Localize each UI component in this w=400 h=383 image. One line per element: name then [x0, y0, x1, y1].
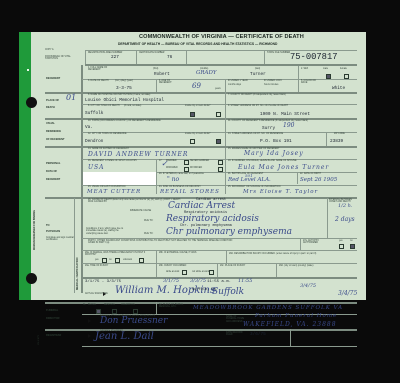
res-inside-limits-yes-checkbox[interactable]: [190, 139, 195, 144]
date-filed: 3/6/75: [250, 333, 266, 337]
interval-b: 2 days: [335, 217, 355, 223]
section-funeral: FUNERAL: [46, 310, 58, 313]
under-1-day-label: IF UNDER 1 DAY: [264, 80, 282, 82]
sign-here-arrow-icon: [88, 319, 91, 323]
binding-dot: [27, 69, 29, 71]
punch-hole-icon: [26, 273, 37, 284]
external-cause-label: 28b. IF EXTERNAL CAUSE, IT WAS: [159, 252, 196, 254]
race-label: 5. COLOR OR RACE: [301, 80, 321, 85]
business-label: 24. KIND OF BUSINESS OR INDUSTRY: [159, 186, 201, 188]
registration-area-value: 227: [111, 56, 119, 60]
citizen-label: 16. DECEDENT CITIZEN OF WHAT COUNTRY: [88, 160, 137, 162]
res-street-label: 13. STREET ADDRESS OR RT. NO. OF RESIDEN…: [228, 133, 283, 135]
while-at-work-checkbox[interactable]: [182, 270, 187, 275]
sign-here-arrow-icon: [88, 334, 91, 338]
cause-b: Respiratory acidosis: [166, 215, 259, 224]
res-city-label: 12. CITY OR TOWN OF RESIDENCE: [88, 133, 127, 135]
burial-label: BURIAL: [88, 304, 96, 306]
date-filed-label: DATE RECORD FILED: [226, 332, 246, 337]
medical-certification-label: MEDICAL CERTIFICATION: [76, 258, 79, 290]
section-personal: PERSONAL: [46, 163, 60, 166]
certificate-number-label: CERTIFICATE NUMBER: [139, 52, 164, 54]
sex-label: 2. SEX: [301, 68, 308, 70]
certificate-subtitle: DEPARTMENT OF HEALTH — BUREAU OF VITAL R…: [118, 43, 277, 46]
section-of-decedent: OF DECEDENT: [46, 139, 65, 142]
birthplace-value: Red Level ALA.: [228, 178, 271, 184]
injury-time-label: 29a. TIME OF INJURY: [85, 265, 108, 267]
under-1-year-sub: months days: [228, 84, 241, 86]
spouse-name: Eula Mae Jones Turner: [238, 165, 329, 171]
citizen-value: USA: [88, 165, 105, 171]
never-married-checkbox[interactable]: [218, 160, 223, 165]
city-of-death-sub: (if rural, so state): [124, 105, 141, 107]
birthplace-code: 501: [245, 174, 253, 178]
res-state: Va.: [85, 126, 93, 130]
section-director: DIRECTOR: [46, 318, 60, 321]
date-of-death-sub: (mo.) (day) (year): [115, 80, 133, 82]
immediate-cause-label: IMMEDIATE CAUSE: [130, 210, 151, 212]
father-name: DAVID ANDREW TURNER: [88, 152, 188, 158]
physician-note: Complete and sign medical certification: [46, 237, 74, 242]
received-date: 3/4/75: [338, 291, 357, 297]
attended-dates: 3/1/75 - 3/3/75: [85, 280, 121, 284]
section-place-of-death: PLACE OF: [46, 100, 59, 103]
state-file-number: 75-007817: [290, 53, 338, 62]
section-decedent-personal: DECEDENT: [46, 179, 60, 182]
cremation-label: CREMATION: [121, 304, 135, 306]
not-while-at-work-checkbox[interactable]: [209, 270, 214, 275]
date-of-death-label: 3. DATE OF DEATH: [88, 80, 112, 82]
interval-a: 1/2 h.: [338, 204, 352, 209]
section-to: TO: [46, 225, 50, 228]
never-married-label: NEVER MARRIED: [190, 160, 209, 162]
physician-city: Suffolk: [212, 288, 244, 297]
not-while-at-work-label: not while at work: [192, 271, 209, 273]
veteran-value: " no: [167, 177, 179, 183]
spouse-label: 18. IF MARRIED, DIVORCED, LEAVE BLANK NA…: [228, 160, 297, 162]
inside-limits-no-checkbox[interactable]: [216, 112, 221, 117]
dob-label: 22. DATE OF BIRTH: [300, 173, 321, 175]
father-label: 14. NAME OF FATHER OF DECEDENT: [88, 148, 129, 150]
informant-value: Mrs Eloise T. Taylor: [243, 190, 318, 196]
section-data-of: DATA OF: [46, 171, 57, 174]
age-unit: years: [215, 88, 221, 90]
actual-signature-label: ACTUAL SIGNATURE: [85, 293, 108, 295]
director-signature[interactable]: Don Pruessner: [100, 317, 167, 326]
occupation-label: 23. USUAL OR LAST OCCUPATION: [88, 186, 125, 188]
res-zip: 23839: [330, 140, 343, 144]
res-inside-limits-no-checkbox[interactable]: [216, 139, 221, 144]
copy-label: COPY A: [45, 49, 54, 51]
business-value: RETAIL STORES: [160, 190, 220, 196]
first-name: Robert: [154, 73, 170, 77]
punch-hole-icon: [26, 97, 37, 108]
registration-area-label: REGISTRATION AREA NUMBER: [88, 52, 122, 54]
res-county-label: 11. COUNTY OF DECEDENT'S RESIDENCE (if i…: [228, 120, 308, 122]
res-city: Dendron: [85, 140, 103, 144]
section-physician: PHYSICIAN: [46, 231, 60, 234]
divorced-label: DIVORCED: [190, 167, 202, 169]
certificate-number-value: 76: [167, 56, 172, 60]
age-value: 69: [192, 83, 201, 90]
street-of-death-label: 9. STREET ADDRESS OR RT. NO. OF PLACE OF…: [228, 105, 288, 107]
res-state-label: 10. STATE (OR FOREIGN COUNTRY) OF DECEDE…: [88, 120, 161, 122]
cause-a: Cardiac Arrest: [168, 202, 235, 211]
under-1-day-sub: hours minutes: [264, 84, 278, 86]
death-date-cert: 3/3/75: [190, 279, 206, 284]
pregnancy-unknown-label: unknown: [123, 259, 132, 261]
zip-label: ZIP CODE: [334, 133, 345, 135]
street-of-death: 1900 N. Main Street: [260, 113, 310, 117]
pregnancy-label: 28a. IF FEMALE, WAS THERE A PREGNANCY IN…: [85, 252, 155, 257]
copy-for: FOR BUREAU OF VITAL STATISTICS: [45, 56, 75, 61]
autopsy-yes-label: yes: [339, 240, 343, 242]
race-value: White: [332, 87, 345, 91]
conditions-note: Conditions, if any, which gave rise to i…: [86, 228, 126, 235]
describe-injury-label: 28d. DESCRIBE HOW INJURY OCCURRED. (ente…: [229, 253, 316, 255]
city-of-death-label: 8. CITY OR TOWN OF DEATH: [88, 105, 119, 107]
funeral-home-address: WAKEFIELD, VA. 23888: [243, 322, 337, 328]
dob-value: Sept 26 1905: [300, 178, 337, 184]
certificate-title: COMMONWEALTH OF VIRGINIA — CERTIFICATE O…: [139, 35, 304, 41]
signed-date: 3/4/75: [300, 284, 316, 289]
age-label: 4. AGE OF DECEDENT: [159, 80, 179, 85]
form-number: VS-1 3/73: [38, 335, 40, 345]
injury-city-label: 29d. (city or town) (county) (state): [279, 265, 313, 267]
under-1-year-label: IF UNDER 1 YEAR: [228, 80, 248, 82]
occupation-value: MEAT CUTTER: [87, 190, 141, 196]
while-at-work-label: while at work: [166, 271, 179, 273]
autopsy-no-checkbox[interactable]: [350, 244, 355, 249]
res-street: P.O. Box 191: [260, 140, 292, 144]
married-mark-icon: ✓: [161, 160, 168, 168]
place-of-death-code: 01: [66, 94, 76, 102]
last-name-label: (last): [255, 68, 260, 70]
sex-female-label: female: [340, 68, 347, 70]
funeral-home-name: Parham Funeral Home: [255, 314, 337, 320]
sex-male-label: male: [323, 68, 328, 70]
margin-note: MARGIN RESERVED FOR BINDING: [33, 210, 36, 250]
inside-limits-yes-checkbox[interactable]: [190, 112, 195, 117]
county-of-death-label: 7. COUNTY OF DEATH (if independent city,…: [228, 94, 286, 96]
section-registrar: REGISTRAR: [46, 335, 61, 338]
autopsy-no-label: no: [350, 240, 353, 242]
autopsy-label: 27a. AUTOPSY AUTHORIZED: [303, 240, 327, 245]
registrar-signature[interactable]: Jean L. Dail: [95, 332, 154, 342]
cause-c: Chr pulmonary emphysema: [166, 228, 292, 237]
city-of-death: Suffolk: [85, 112, 103, 116]
due-to-b-label: DUE TO:: [144, 220, 153, 222]
disposition-label: 31.: [83, 304, 86, 306]
section-residence: RESIDENCE: [46, 131, 61, 134]
hospital-label: 6. NAME OF HOSPITAL OR INSTITUTION (if n…: [88, 94, 150, 96]
veteran-label: 20. IF VETERAN, name war, or if peacetim…: [159, 173, 204, 175]
pregnancy-no-label: no: [109, 259, 112, 261]
date-of-death: 3-3-75: [116, 87, 132, 91]
burial-place: MEADOWBROOK GARDENS SUFFOLK VA: [193, 306, 343, 312]
res-inside-limits-label: inside city or town limits?: [185, 133, 210, 135]
state-file-label: STATE FILE NUMBER: [267, 52, 290, 54]
informant-label: 25. INFORMANT OR SOURCE OF INFORMATION: [228, 186, 280, 188]
burial-place-label: 32. PLACE OF BURIAL, REMOVAL, ETC.: [159, 304, 187, 309]
mother-name: Mary Ida Josey: [244, 151, 304, 157]
part2-label: PART II. OTHER SIGNIFICANT CONDITIONS CO…: [88, 240, 238, 245]
middle-name: GRADY: [196, 71, 217, 77]
last-seen-date: 3/1/75: [163, 279, 179, 284]
section-decedent: DECEDENT: [46, 78, 60, 81]
full-name-label: 1. FULL NAME OF DECEDENT: [88, 67, 118, 72]
first-name-label: (first): [153, 68, 158, 70]
section-usual: USUAL: [46, 123, 55, 126]
green-binding-strip: [19, 32, 31, 300]
removal-label: REMOVAL: [104, 304, 115, 306]
last-name: Turner: [250, 73, 266, 77]
injury-occurred-label: 29b. INJURY OCCURRED: [159, 265, 186, 267]
autopsy-yes-checkbox[interactable]: [339, 244, 344, 249]
married-checkbox[interactable]: [184, 160, 189, 165]
pregnancy-yes-label: yes: [95, 259, 99, 261]
due-to-c-label: DUE TO:: [144, 233, 153, 235]
death-time: 11:55 a.m.: [207, 280, 231, 284]
res-county-code: 190: [283, 123, 294, 129]
inside-limits-label: inside city or town limits?: [185, 105, 210, 107]
injury-place-label: 29c. PLACE OF INJURY: [220, 265, 274, 267]
hospital-value: Louise Obici Memorial Hospital: [85, 99, 164, 103]
section-death-label: DEATH: [46, 107, 55, 110]
pronounced-time: 11:55: [238, 279, 252, 284]
redacted-field: [83, 172, 156, 185]
res-county: Surry: [262, 127, 275, 131]
